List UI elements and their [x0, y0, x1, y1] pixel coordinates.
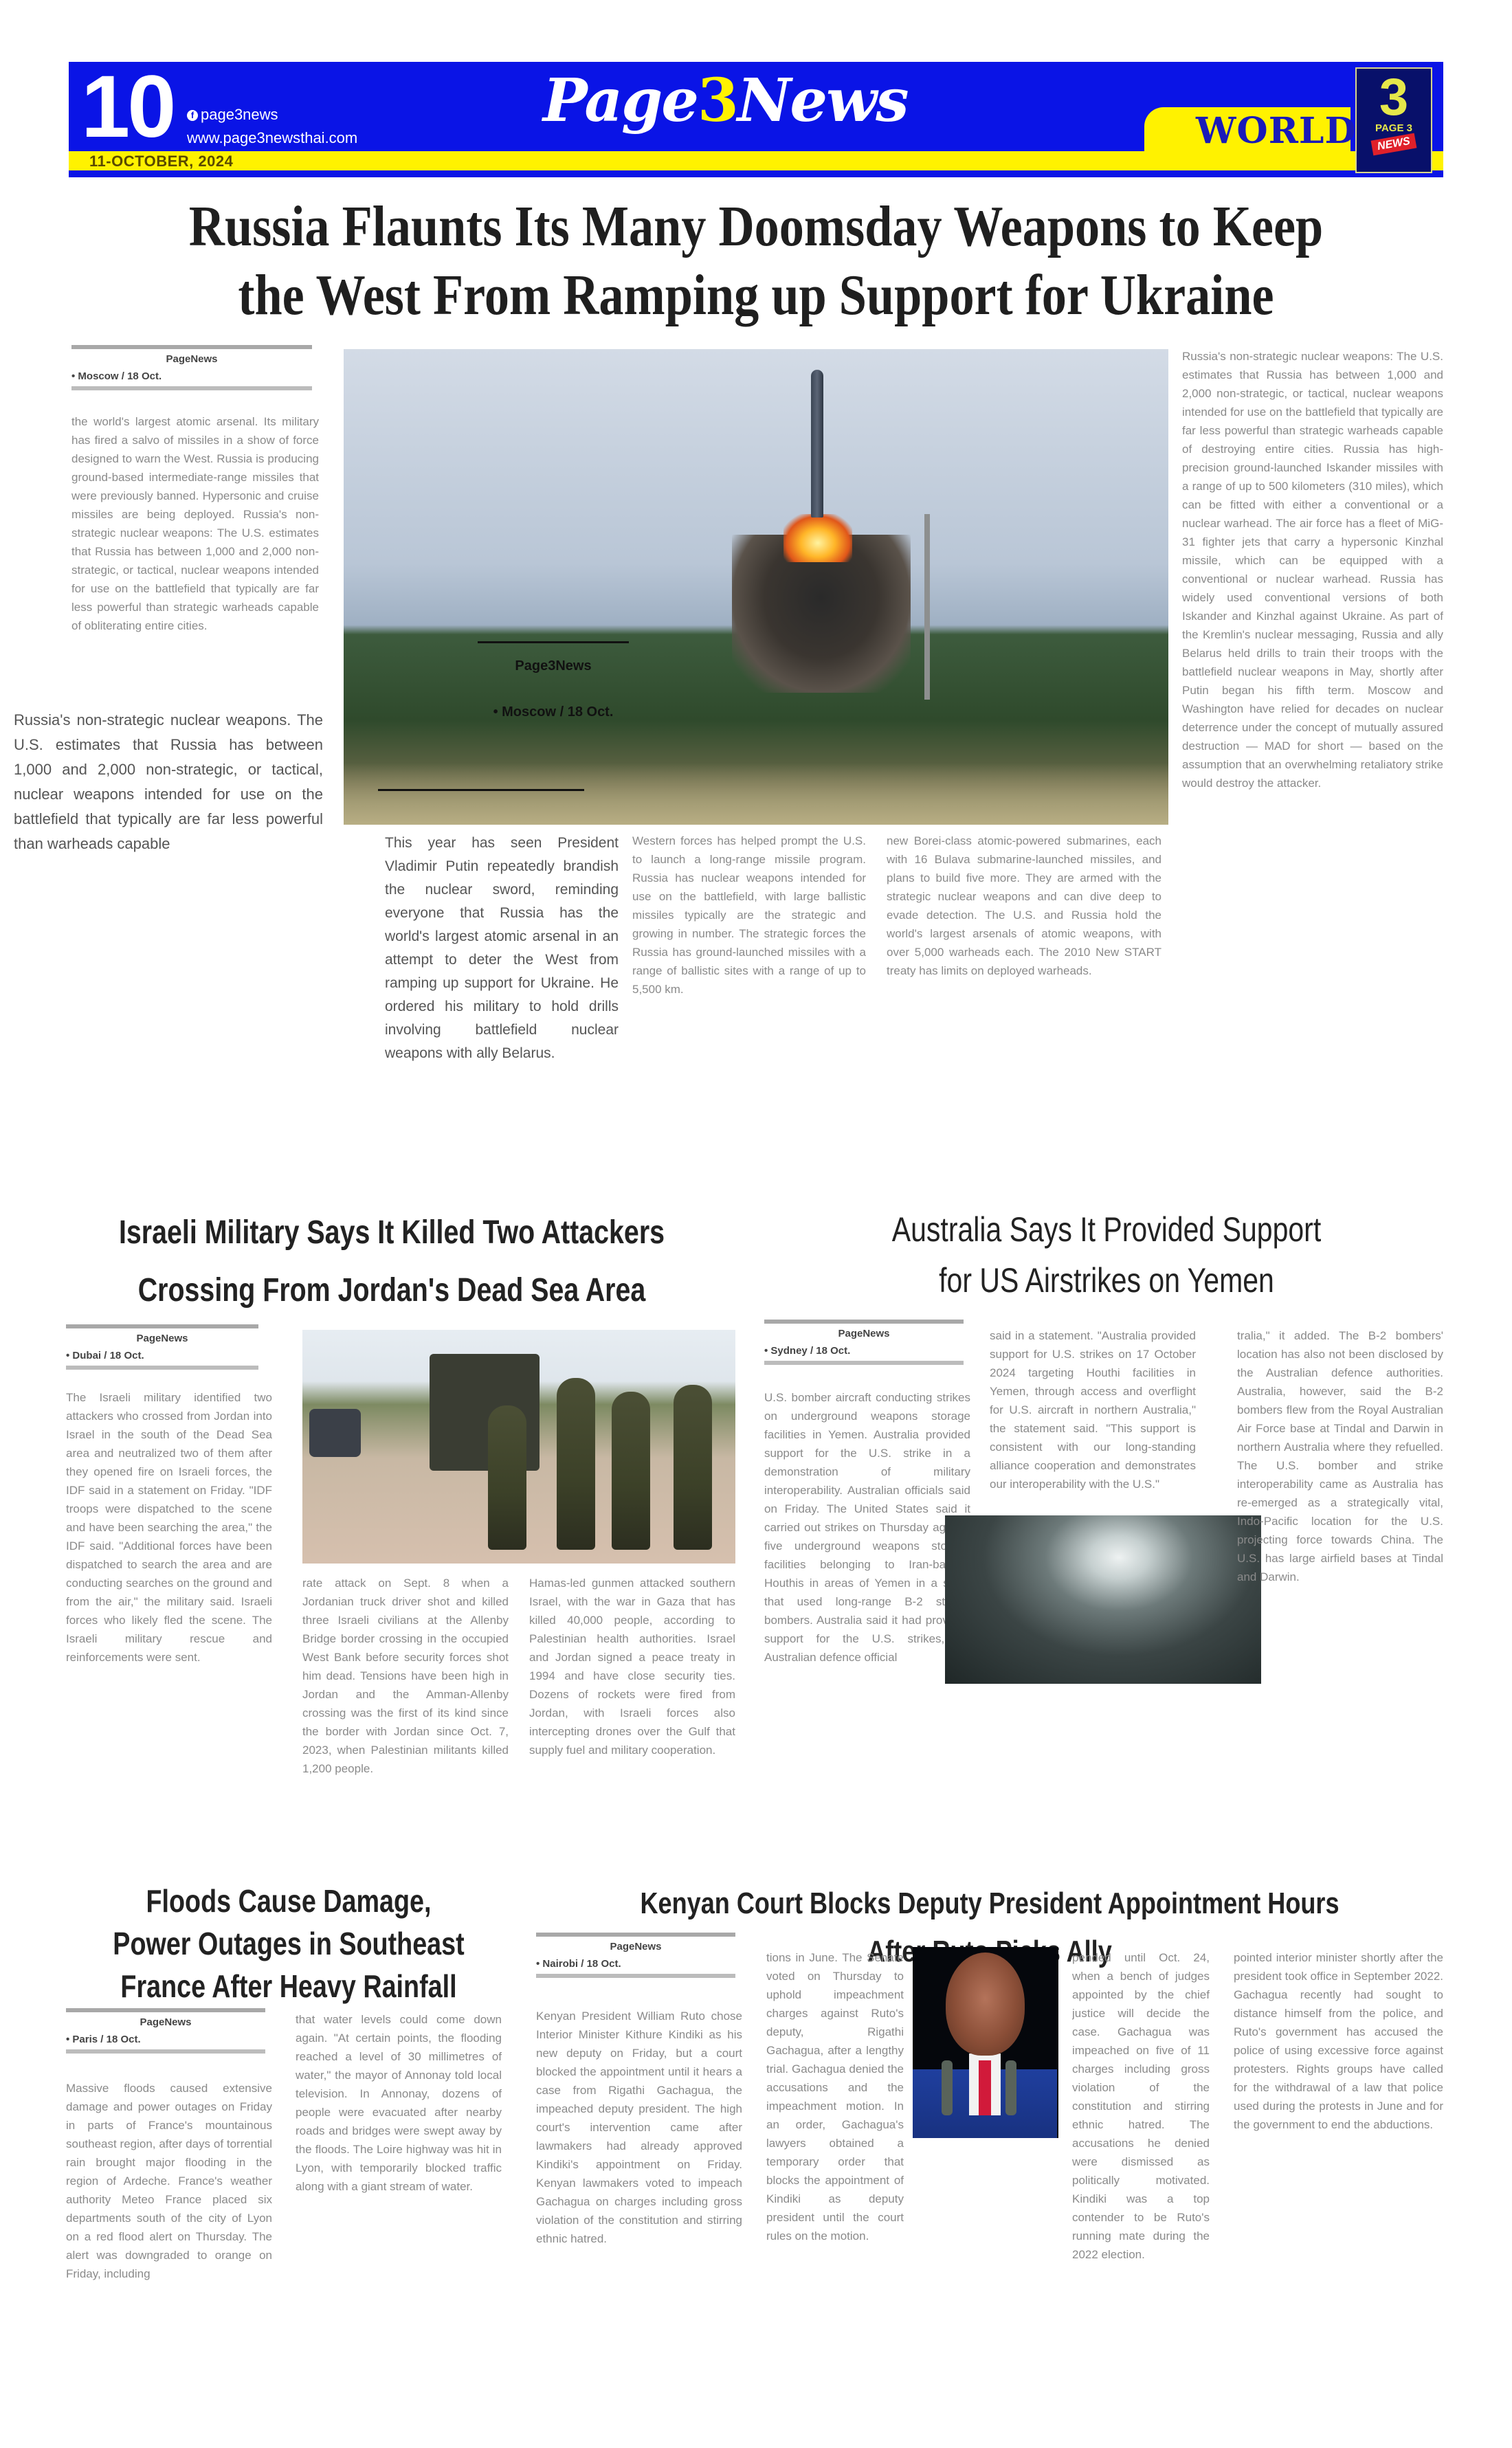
- israeli-soldiers-photo: [302, 1330, 735, 1564]
- byline-location: • Dubai / 18 Oct.: [66, 1350, 258, 1361]
- kenya-column-1: Kenyan President William Ruto chose Inte…: [536, 2007, 742, 2412]
- tie: [979, 2060, 991, 2115]
- page-number: 10: [81, 63, 173, 151]
- byline-source: PageNews: [536, 1941, 735, 1952]
- france-headline: Floods Cause Damage, Power Outages in So…: [102, 1880, 474, 2007]
- issue-date: 11-OCTOBER, 2024: [89, 153, 233, 170]
- byline-rule: [71, 386, 312, 390]
- page3-badge-logo: 3 PAGE 3 NEWS: [1355, 67, 1432, 173]
- france-headline-line2: Power Outages in Southeast: [102, 1922, 474, 1965]
- byline-rule: [536, 1933, 735, 1937]
- russia-column-2: This year has seen President Vladimir Pu…: [385, 832, 619, 1203]
- soldier: [488, 1405, 526, 1550]
- section-label: WORLD: [1196, 110, 1357, 152]
- russia-headline: Russia Flaunts Its Many Doomsday Weapons…: [165, 192, 1347, 330]
- australia-column-1: U.S. bomber aircraft conducting strikes …: [764, 1388, 970, 1856]
- byline-location: • Paris / 18 Oct.: [66, 2034, 265, 2045]
- byline-location: • Sydney / 18 Oct.: [764, 1345, 964, 1357]
- soldier: [674, 1385, 712, 1550]
- australia-byline: PageNews • Sydney / 18 Oct.: [764, 1318, 964, 1365]
- overlay-rule: [378, 789, 584, 791]
- kenya-byline: PageNews • Nairobi / 18 Oct.: [536, 1931, 735, 1978]
- masthead: 10 fpage3news www.page3newsthai.com 11-O…: [69, 62, 1443, 179]
- badge-number: 3: [1357, 73, 1431, 122]
- byline-rule: [764, 1320, 964, 1324]
- byline-rule: [536, 1974, 735, 1978]
- byline-location: • Nairobi / 18 Oct.: [536, 1958, 735, 1970]
- microphone: [942, 2060, 953, 2115]
- face: [946, 1952, 1025, 2056]
- launch-ground: [344, 763, 1168, 825]
- israel-headline-line2: Crossing From Jordan's Dead Sea Area: [93, 1262, 690, 1320]
- brand-word-page: Page: [543, 66, 698, 135]
- facebook-handle: page3news: [201, 106, 278, 123]
- brand-word-news: News: [737, 66, 908, 135]
- byline-rule: [66, 2008, 265, 2012]
- microphone: [1005, 2060, 1016, 2115]
- facebook-icon: f: [187, 110, 198, 121]
- israel-column-2: rate attack on Sept. 8 when a Jordanian …: [302, 1574, 509, 1856]
- byline-rule: [66, 1324, 258, 1328]
- soldier: [557, 1378, 595, 1550]
- israel-column-3: Hamas-led gunmen attacked southern Israe…: [529, 1574, 735, 1856]
- australia-headline: Australia Says It Provided Support for U…: [825, 1204, 1388, 1306]
- israel-headline-line1: Israeli Military Says It Killed Two Atta…: [93, 1204, 690, 1262]
- byline-source: PageNews: [66, 2016, 265, 2028]
- australia-headline-line2: for US Airstrikes on Yemen: [825, 1255, 1388, 1306]
- australia-column-2-top: said in a statement. "Australia provided…: [990, 1326, 1196, 1505]
- ruto-portrait-photo: [913, 1947, 1058, 2138]
- australia-column-2-bottom: [990, 1694, 1196, 1859]
- social-links: fpage3news www.page3newsthai.com: [187, 103, 357, 150]
- byline-source: PageNews: [71, 353, 312, 365]
- facebook-link[interactable]: fpage3news: [187, 103, 357, 126]
- russia-headline-line2: the West From Ramping up Support for Ukr…: [165, 261, 1347, 330]
- australia-headline-line1: Australia Says It Provided Support: [825, 1204, 1388, 1255]
- russia-column-3: Western forces has helped prompt the U.S…: [632, 832, 866, 1189]
- byline-rule: [764, 1361, 964, 1365]
- airstrike-footage-photo: [945, 1515, 1261, 1684]
- france-column-1: Massive floods caused extensive damage a…: [66, 2079, 272, 2409]
- kenya-column-4: pointed interior minister shortly after …: [1234, 1948, 1443, 2412]
- israel-headline: Israeli Military Says It Killed Two Atta…: [93, 1204, 690, 1320]
- missile: [811, 370, 823, 518]
- kenya-column-2: tions in June. The Senate voted on Thurs…: [766, 1948, 904, 2412]
- byline-rule: [66, 2049, 265, 2054]
- byline-rule: [71, 345, 312, 349]
- israel-byline: PageNews • Dubai / 18 Oct.: [66, 1323, 258, 1370]
- launch-tower: [924, 514, 930, 700]
- vehicle: [309, 1409, 361, 1457]
- france-headline-line1: Floods Cause Damage,: [102, 1880, 474, 1922]
- website-link[interactable]: www.page3newsthai.com: [187, 126, 357, 150]
- badge-page: PAGE 3: [1357, 122, 1431, 134]
- missile-launch-photo: Page3News • Moscow / 18 Oct.: [344, 349, 1168, 825]
- launch-fire: [783, 514, 852, 562]
- byline-rule: [66, 1366, 258, 1370]
- russia-byline: PageNews • Moscow / 18 Oct.: [71, 344, 312, 390]
- france-headline-line3: France After Heavy Rainfall: [102, 1965, 474, 2007]
- france-column-2: that water levels could come down again.…: [296, 2010, 502, 2409]
- kenya-column-3: pended until Oct. 24, when a bench of ju…: [1072, 1948, 1210, 2412]
- australia-column-3: tralia," it added. The B-2 bombers' loca…: [1237, 1326, 1443, 1856]
- brand-logo: Page3News: [543, 69, 908, 134]
- overlay-location: • Moscow / 18 Oct.: [478, 704, 629, 720]
- france-byline: PageNews • Paris / 18 Oct.: [66, 2007, 265, 2054]
- badge-news: NEWS: [1371, 133, 1417, 156]
- russia-column-4: new Borei-class atomic-powered submarine…: [887, 832, 1161, 1189]
- overlay-source: Page3News: [478, 658, 629, 674]
- brand-number-three: 3: [698, 66, 737, 135]
- byline-source: PageNews: [66, 1333, 258, 1344]
- photo-overlay-byline: Page3News • Moscow / 18 Oct.: [478, 641, 629, 720]
- byline-source: PageNews: [764, 1328, 964, 1339]
- russia-column-5: Russia's non-strategic nuclear weapons: …: [1182, 347, 1443, 1199]
- byline-location: • Moscow / 18 Oct.: [71, 370, 312, 382]
- russia-column-1-overlay: Russia's non-strategic nuclear weapons. …: [14, 708, 323, 1134]
- israel-column-1: The Israeli military identified two atta…: [66, 1388, 272, 1856]
- russia-headline-line1: Russia Flaunts Its Many Doomsday Weapons…: [165, 192, 1347, 261]
- masthead-bottom-rule: [69, 170, 1443, 177]
- soldier: [612, 1392, 650, 1550]
